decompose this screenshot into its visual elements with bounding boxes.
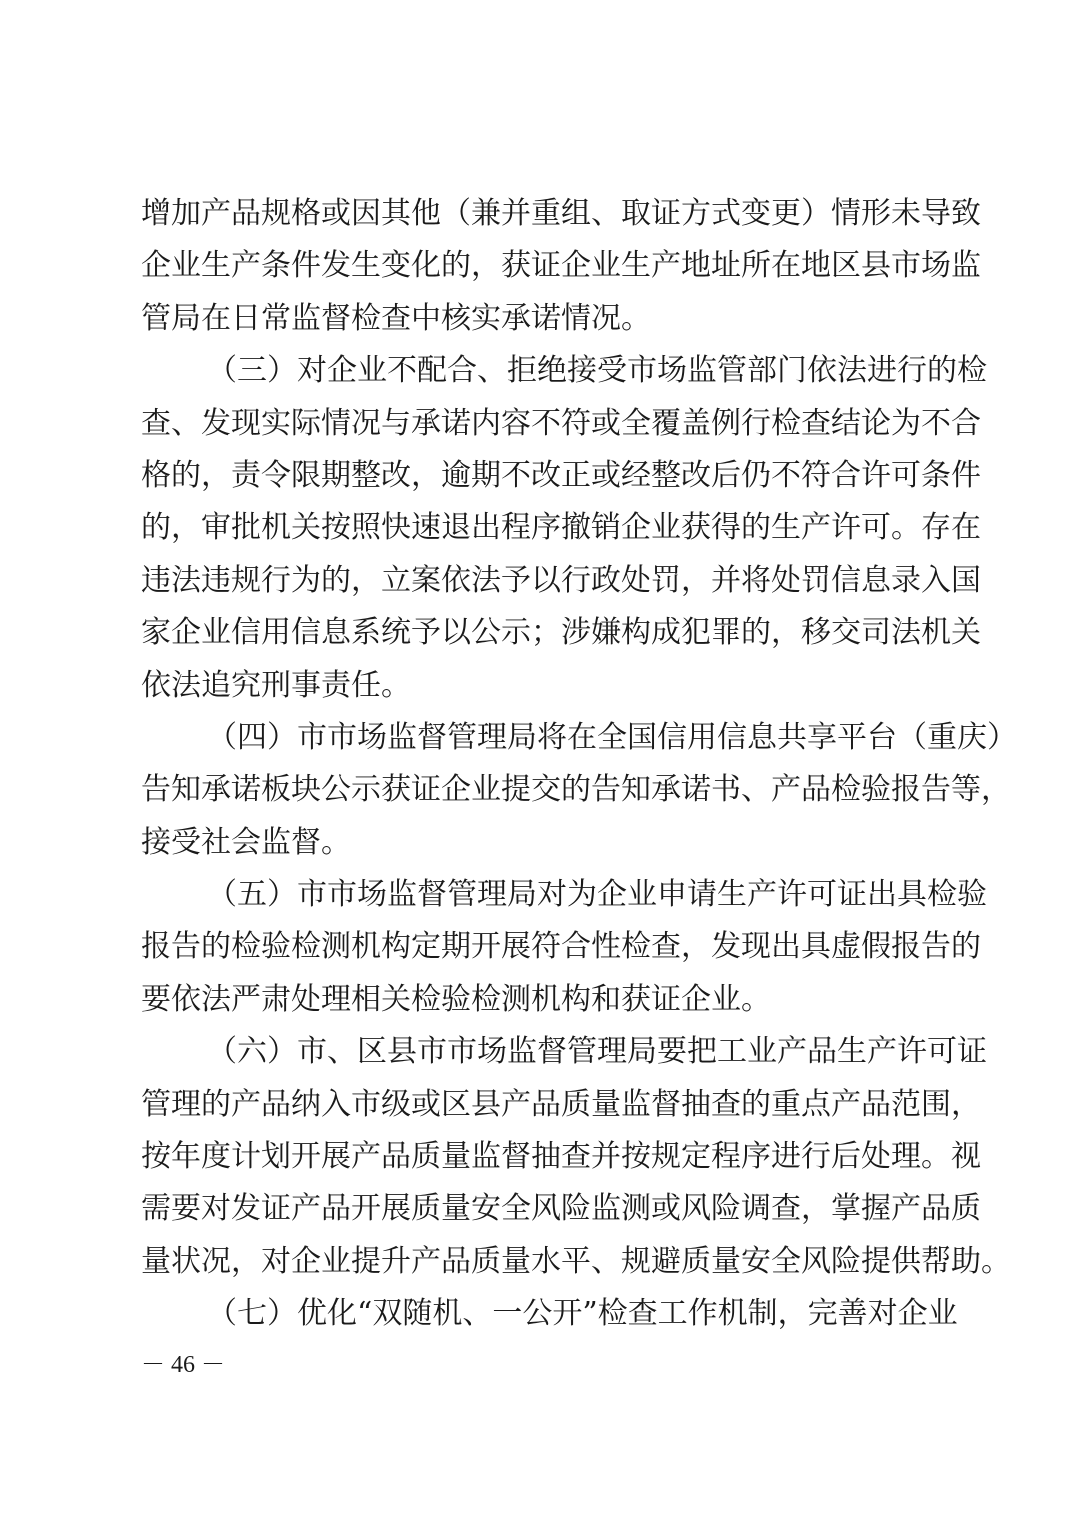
text-line: 按年度计划开展产品质量监督抽查并按规定程序进行后处理。视 [141,1131,935,1183]
paragraph-continuation: 增加产品规格或因其他（兼并重组、取证方式变更）情形未导致 企业生产条件发生变化的… [141,188,935,345]
text-line: （三）对企业不配合、拒绝接受市场监管部门依法进行的检 [141,345,935,397]
text-line: 管局在日常监督检查中核实承诺情况。 [141,293,935,345]
text-line: 格的，责令限期整改，逾期不改正或经整改后仍不符合许可条件 [141,450,935,502]
text-line: 依法追究刑事责任。 [141,660,935,712]
text-line: 报告的检验检测机构定期开展符合性检查，发现出具虚假报告的 [141,921,935,973]
text-line: （五）市市场监督管理局对为企业申请生产许可证出具检验 [141,869,935,921]
text-line: 量状况，对企业提升产品质量水平、规避质量安全风险提供帮助。 [141,1236,935,1288]
text-line: 查、发现实际情况与承诺内容不符或全覆盖例行检查结论为不合 [141,398,935,450]
text-line: （六）市、区县市市场监督管理局要把工业产品生产许可证 [141,1026,935,1078]
text-line: 需要对发证产品开展质量安全风险监测或风险调查，掌握产品质 [141,1183,935,1235]
paragraph-item-7: （七）优化“双随机、一公开”检查工作机制，完善对企业 [141,1288,935,1340]
body-text: 增加产品规格或因其他（兼并重组、取证方式变更）情形未导致 企业生产条件发生变化的… [141,188,935,1341]
text-line: 家企业信用信息系统予以公示；涉嫌构成犯罪的，移交司法机关 [141,607,935,659]
text-line: 的，审批机关按照快速退出程序撤销企业获得的生产许可。存在 [141,502,935,554]
text-line: 增加产品规格或因其他（兼并重组、取证方式变更）情形未导致 [141,188,935,240]
text-line: 要依法严肃处理相关检验检测机构和获证企业。 [141,974,935,1026]
text-line: 企业生产条件发生变化的，获证企业生产地址所在地区县市场监 [141,240,935,292]
text-line: 违法违规行为的，立案依法予以行政处罚，并将处罚信息录入国 [141,555,935,607]
document-page: 增加产品规格或因其他（兼并重组、取证方式变更）情形未导致 企业生产条件发生变化的… [0,0,1074,1520]
text-line: （七）优化“双随机、一公开”检查工作机制，完善对企业 [141,1288,935,1340]
paragraph-item-3: （三）对企业不配合、拒绝接受市场监管部门依法进行的检 查、发现实际情况与承诺内容… [141,345,935,712]
paragraph-item-4: （四）市市场监督管理局将在全国信用信息共享平台（重庆） 告知承诺板块公示获证企业… [141,712,935,869]
text-line: 接受社会监督。 [141,817,935,869]
text-line: （四）市市场监督管理局将在全国信用信息共享平台（重庆） [141,712,935,764]
paragraph-item-5: （五）市市场监督管理局对为企业申请生产许可证出具检验 报告的检验检测机构定期开展… [141,869,935,1026]
text-line: 管理的产品纳入市级或区县产品质量监督抽查的重点产品范围， [141,1079,935,1131]
page-number: － 46 － [141,1348,225,1382]
paragraph-item-6: （六）市、区县市市场监督管理局要把工业产品生产许可证 管理的产品纳入市级或区县产… [141,1026,935,1288]
text-line: 告知承诺板块公示获证企业提交的告知承诺书、产品检验报告等， [141,764,935,816]
